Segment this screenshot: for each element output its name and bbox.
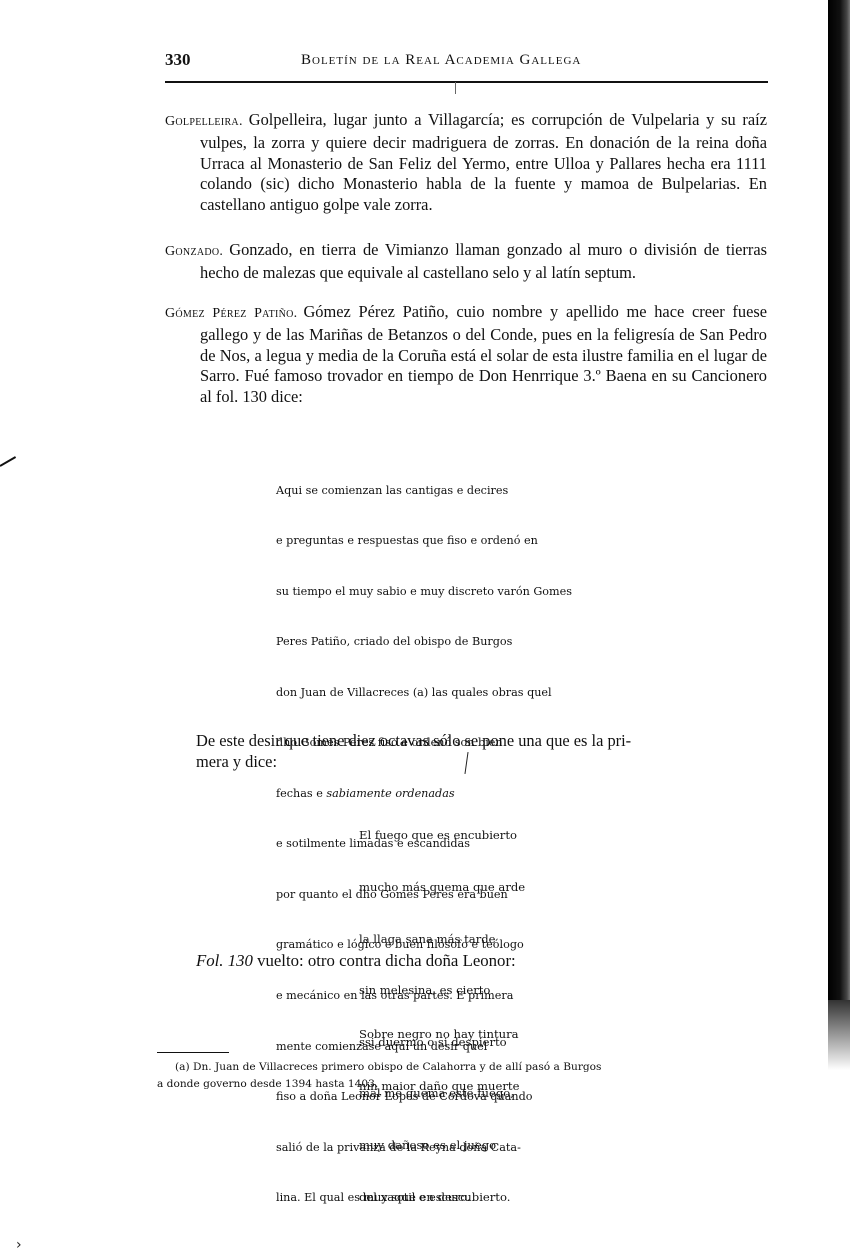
entry-term: Gómez Pérez Patiño. (165, 306, 297, 321)
entry-text: Golpelleira, lugar junto a Villagarcía; … (200, 110, 767, 214)
footnote-line: (a) Dn. Juan de Villacreces primero obis… (157, 1059, 765, 1076)
page-number: 330 (165, 50, 191, 70)
scanned-page: › 330 Boletín de la Real Academia Galleg… (0, 0, 850, 1253)
quote-line: su tiempo el muy sabio e muy discreto va… (276, 584, 621, 601)
quote-line: don Juan de Villacreces (a) las quales o… (276, 685, 621, 702)
journal-title: Boletín de la Real Academia Gallega (301, 52, 581, 69)
footnote-rule (157, 1052, 229, 1053)
footnote-line: a donde governo desde 1394 hasta 1403. (157, 1076, 765, 1093)
verse-line: muy dañoso es el juego (359, 1137, 525, 1154)
verse-line: Sobre negro no hay tintura (359, 1026, 519, 1043)
entry-term: Gonzado. (165, 244, 223, 259)
quote-line: Peres Patiño, criado del obispo de Burgo… (276, 634, 621, 651)
verse-line: mucho más quema que arde (359, 879, 525, 896)
entry-text: Gonzado, en tierra de Vimianzo llaman go… (200, 240, 767, 282)
gutter-mark (455, 82, 456, 94)
quote-line: e preguntas e respuestas que fiso e orde… (276, 533, 621, 550)
continuation-paragraph: De este desir que tiene diez octavas sól… (196, 731, 766, 772)
entry-gomez-perez-patino: Gómez Pérez Patiño.Gómez Pérez Patiño, c… (165, 302, 767, 408)
binding-shadow (828, 0, 850, 1000)
entry-paragraph: Gómez Pérez Patiño.Gómez Pérez Patiño, c… (165, 302, 767, 408)
entry-paragraph: Gonzado.Gonzado, en tierra de Vimianzo l… (165, 240, 767, 284)
entry-term: Golpelleira. (165, 114, 243, 129)
verse-line: la llaga sana más tarde (359, 931, 525, 948)
corner-chevron-mark: › (16, 1237, 22, 1253)
verse-line: El fuego que es encubierto (359, 827, 525, 844)
running-head: 330 Boletín de la Real Academia Gallega (165, 50, 765, 74)
verse-line: del xaque en descubierto. (359, 1189, 525, 1206)
header-rule (165, 81, 768, 83)
entry-paragraph: Golpelleira.Golpelleira, lugar junto a V… (165, 110, 767, 216)
continuation-line: De este desir que tiene diez octavas sól… (196, 731, 766, 752)
folio-text: vuelto: otro contra dicha doña Leonor: (253, 951, 516, 970)
folio-label: Fol. 130 (196, 951, 253, 970)
folio-heading: Fol. 130 vuelto: otro contra dicha doña … (196, 951, 516, 971)
entry-golpelleira: Golpelleira.Golpelleira, lugar junto a V… (165, 110, 767, 216)
quote-line: Aqui se comienzan las cantigas e decires (276, 483, 621, 500)
entry-gonzado: Gonzado.Gonzado, en tierra de Vimianzo l… (165, 240, 767, 284)
continuation-line: mera y dice: (196, 752, 766, 773)
footnote: (a) Dn. Juan de Villacreces primero obis… (157, 1059, 765, 1093)
stray-pen-mark (0, 456, 16, 467)
